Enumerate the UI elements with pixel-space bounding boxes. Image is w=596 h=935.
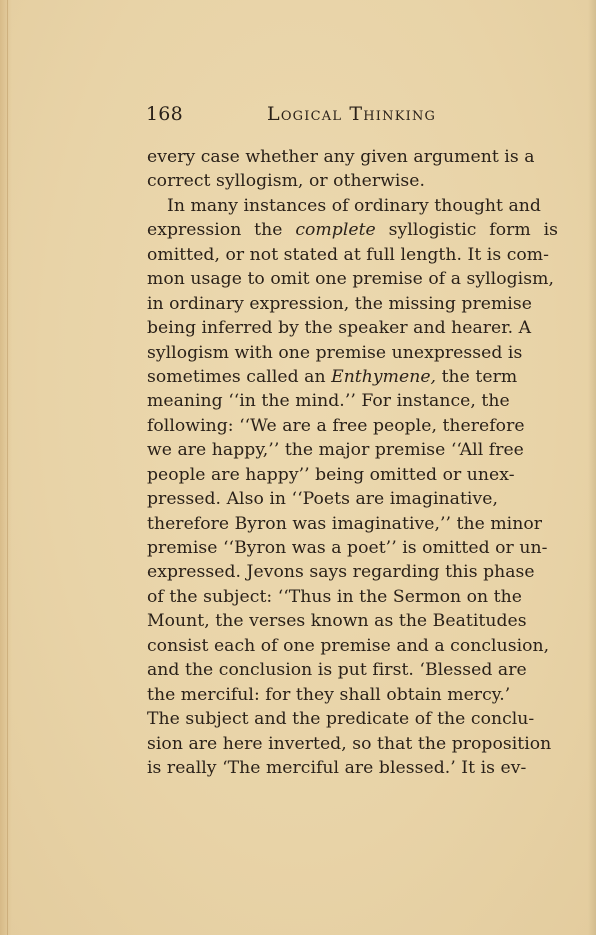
text-line: meaning ‘‘in the mind.’’ For instance, t… bbox=[147, 389, 558, 413]
text-line: every case whether any given argument is… bbox=[147, 145, 558, 169]
text-line: of the subject: ‘‘Thus in the Sermon on … bbox=[147, 585, 558, 609]
text-line: and the conclusion is put first. ‘Blesse… bbox=[147, 658, 558, 682]
text-line: expressed. Jevons says regarding this ph… bbox=[147, 560, 558, 584]
text-segment: expression the bbox=[147, 220, 295, 240]
text-segment: the term bbox=[436, 367, 517, 387]
text-line: is really ‘The merciful are blessed.’ It… bbox=[147, 756, 558, 780]
text-segment: syllogistic form is bbox=[376, 220, 558, 240]
text-line: mon usage to omit one premise of a syllo… bbox=[147, 267, 558, 291]
book-page: 168 Logical Thinking every case whether … bbox=[0, 0, 596, 935]
italic-term: Enthymene, bbox=[331, 367, 436, 387]
text-line: pressed. Also in ‘‘Poets are imaginative… bbox=[147, 487, 558, 511]
text-line: In many instances of ordinary thought an… bbox=[147, 194, 558, 218]
text-line: correct syllogism, or otherwise. bbox=[147, 169, 558, 193]
text-segment: sometimes called an bbox=[147, 367, 331, 387]
text-line: in ordinary expression, the missing prem… bbox=[147, 292, 558, 316]
text-line: omitted, or not stated at full length. I… bbox=[147, 243, 558, 267]
text-line: sometimes called an Enthymene, the term bbox=[147, 365, 558, 389]
text-line: consist each of one premise and a conclu… bbox=[147, 634, 558, 658]
page-edge-shadow bbox=[588, 0, 596, 935]
running-title: Logical Thinking bbox=[267, 100, 436, 128]
page-number: 168 bbox=[146, 100, 183, 128]
text-line: The subject and the predicate of the con… bbox=[147, 707, 558, 731]
text-line: being inferred by the speaker and hearer… bbox=[147, 316, 558, 340]
body-text: every case whether any given argument is… bbox=[147, 145, 558, 780]
italic-term: complete bbox=[295, 220, 375, 240]
text-line: premise ‘‘Byron was a poet’’ is omitted … bbox=[147, 536, 558, 560]
text-line: therefore Byron was imaginative,’’ the m… bbox=[147, 512, 558, 536]
text-line: sion are here inverted, so that the prop… bbox=[147, 732, 558, 756]
text-line: syllogism with one premise unexpressed i… bbox=[147, 341, 558, 365]
text-line: the merciful: for they shall obtain merc… bbox=[147, 683, 558, 707]
text-line: following: ‘‘We are a free people, there… bbox=[147, 414, 558, 438]
text-line: Mount, the verses known as the Beatitude… bbox=[147, 609, 558, 633]
gutter-shadow bbox=[7, 0, 8, 935]
text-line: expression the complete syllogistic form… bbox=[147, 218, 558, 242]
text-line: people are happy’’ being omitted or unex… bbox=[147, 463, 558, 487]
text-line: we are happy,’’ the major premise ‘‘All … bbox=[147, 438, 558, 462]
running-head: 168 Logical Thinking bbox=[146, 100, 558, 128]
